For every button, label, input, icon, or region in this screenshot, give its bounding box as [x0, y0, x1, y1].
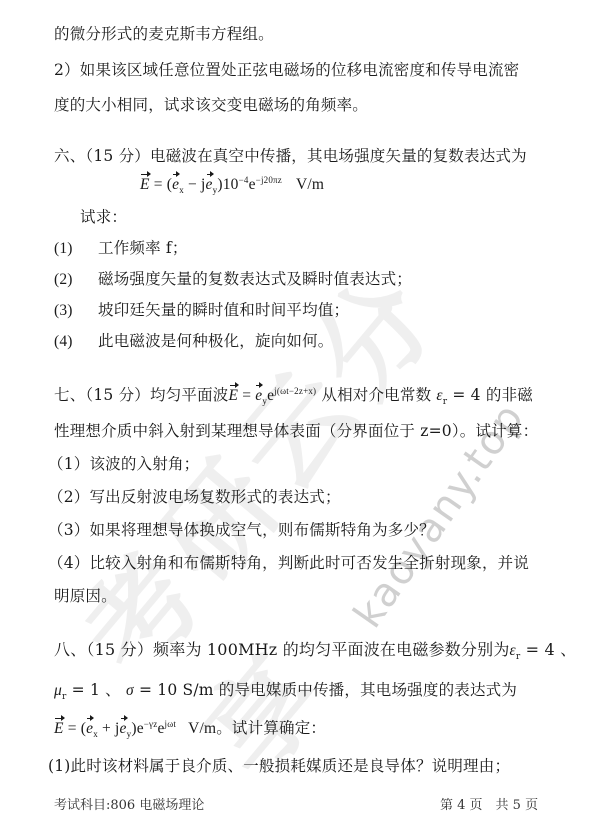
q5-continuation: 的微分形式的麦克斯韦方程组。	[54, 24, 274, 44]
formula-part: − j	[184, 176, 206, 193]
formula-part: e	[249, 176, 256, 193]
vector-E: E	[229, 386, 239, 406]
q6-item-2: (2)磁场强度矢量的复数表达式及瞬时值表达式；	[54, 269, 412, 290]
q5-part2-line2: 度的大小相同，试求该交变电磁场的角频率。	[54, 95, 368, 115]
superscript: −j20πz	[256, 175, 282, 185]
footer-subject: 考试科目:806 电磁场理论	[54, 794, 204, 813]
q8-header: 八、（15 分）频率为 100MHz 的均匀平面波在电磁参数分别为εr = 4 …	[54, 640, 576, 661]
q8-header-text: 八、（15 分）频率为 100MHz 的均匀平面波在电磁参数分别为	[54, 640, 510, 659]
q8-item-1: (1)此时该材料属于良介质、一般损耗媒质还是良导体？说明理由；	[48, 756, 510, 776]
q7-last-line: 明原因。	[54, 586, 117, 606]
item-number: (3)	[54, 301, 98, 321]
item-text: 坡印廷矢量的瞬时值和时间平均值；	[98, 301, 349, 319]
superscript: −γz	[144, 719, 158, 729]
item-text: 磁场强度矢量的复数表达式及瞬时值表达式；	[98, 270, 412, 288]
item-text: 此电磁波是何种极化，旋向如何。	[98, 332, 334, 350]
q7-line2: 性理想介质中斜入射到某理想导体表面（分界面位于 z=0）。试计算：	[54, 421, 538, 441]
unit-vector-ey: e	[255, 386, 262, 406]
q8-formula-tail: 。试计算确定：	[216, 719, 326, 737]
superscript: −4	[239, 175, 249, 185]
q5-part2-line1: 2）如果该区域任意位置处正弦电磁场的位移电流密度和传导电流密	[54, 60, 519, 80]
q6-item-3: (3)坡印廷矢量的瞬时值和时间平均值；	[54, 300, 349, 321]
q7-header-text: 七、（15 分）均匀平面波	[54, 386, 229, 404]
unit: V/m	[296, 176, 324, 193]
q8-line2: μr = 1 、 σ = 10 S/m 的导电媒质中传播，其电场强度的表达式为	[54, 680, 517, 701]
superscript: jωt	[165, 719, 177, 729]
q7-item-1: （1）该波的入射角；	[48, 454, 199, 474]
q8-header-text: = 4 、	[520, 640, 576, 659]
vector-E: E	[54, 719, 64, 739]
q8-formula: E = (ex + jey)e−γzejωtV/m	[54, 720, 216, 737]
formula-part: e	[157, 720, 164, 737]
q6-ask: 试求：	[80, 207, 127, 227]
q6-formula: E = (ex − jey)10−4e−j20πzV/m	[140, 175, 324, 195]
sigma-symbol: σ	[126, 682, 134, 699]
q8-line2-text: = 10 S/m 的导电媒质中传播，其电场强度的表达式为	[134, 681, 517, 699]
q7-formula: E = eyej(ωt−2z+x)	[229, 387, 317, 404]
unit-vector-ex: e	[172, 175, 179, 195]
unit-vector-ey: e	[120, 719, 127, 739]
mu-symbol: μ	[54, 682, 62, 699]
unit-vector-ey: e	[206, 175, 213, 195]
q6-item-1: (1)工作频率 f；	[54, 238, 188, 259]
q8-formula-line: E = (ex + jey)e−γzejωtV/m。试计算确定：	[54, 718, 326, 739]
item-number: (2)	[54, 270, 98, 290]
q7-header-text: = 4 的非磁	[447, 386, 533, 404]
q7-item-3: （3）如果将理想导体换成空气，则布儒斯特角为多少？	[48, 520, 435, 540]
q7-item-2: （2）写出反射波电场复数形式的表达式；	[48, 487, 341, 507]
item-number: (1)	[54, 239, 98, 259]
item-text: 工作频率 f；	[98, 239, 188, 257]
unit-vector-ex: e	[86, 719, 93, 739]
q6-header: 六、（15 分）电磁波在真空中传播，其电场强度矢量的复数表达式为	[54, 146, 527, 166]
footer-page-number: 第 4 页 共 5 页	[440, 794, 538, 813]
unit: V/m	[188, 720, 216, 737]
superscript: j(ωt−2z+x)	[274, 386, 316, 396]
formula-part: + j	[98, 720, 120, 737]
exam-page: 考研云分享 kaoyany.top 的微分形式的麦克斯韦方程组。 2）如果该区域…	[0, 0, 589, 830]
vector-E: E	[140, 175, 150, 195]
formula-part: = (	[64, 720, 86, 737]
q7-item-4: （4）比较入射角和布儒斯特角，判断此时可否发生全折射现象，并说	[48, 553, 529, 573]
q7-header-text: 从相对介电常数	[316, 386, 436, 404]
q7-header: 七、（15 分）均匀平面波E = eyej(ωt−2z+x) 从相对介电常数 ε…	[54, 385, 533, 406]
formula-part: )10	[217, 176, 238, 193]
formula-part: )e	[131, 720, 143, 737]
q6-item-4: (4)此电磁波是何种极化，旋向如何。	[54, 331, 334, 352]
formula-part: =	[238, 387, 255, 404]
item-number: (4)	[54, 332, 98, 352]
formula-part: = (	[150, 176, 172, 193]
q8-line2-text: = 1 、	[67, 681, 126, 699]
